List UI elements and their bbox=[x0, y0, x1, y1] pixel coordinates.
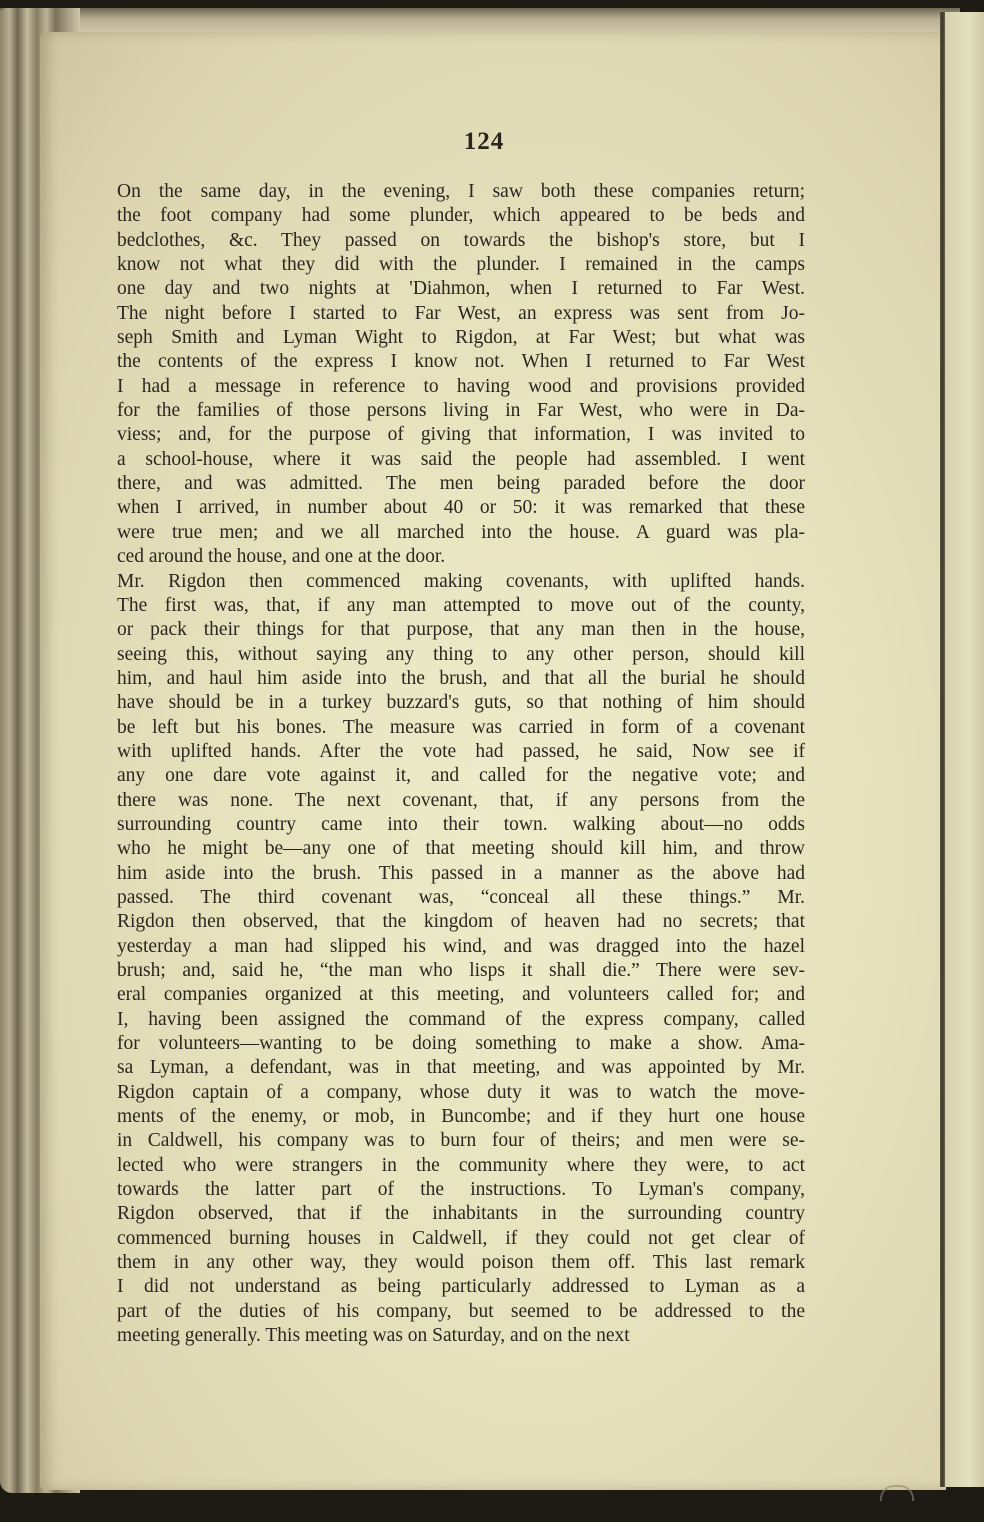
text-line: when I arrived, in number about 40 or 50… bbox=[117, 496, 805, 520]
text-line: for the families of those persons living… bbox=[117, 399, 805, 423]
text-line: in Caldwell, his company was to burn fou… bbox=[117, 1129, 805, 1153]
page-number: 124 bbox=[0, 128, 976, 156]
text-line: commenced burning houses in Caldwell, if… bbox=[117, 1227, 805, 1251]
text-line: or pack their things for that purpose, t… bbox=[117, 618, 805, 642]
text-line: a school-house, where it was said the pe… bbox=[117, 448, 805, 472]
text-line: ments of the enemy, or mob, in Buncombe;… bbox=[117, 1105, 805, 1129]
adjacent-page-edge bbox=[945, 12, 984, 1487]
page-corner-mark bbox=[880, 1485, 914, 1501]
text-line: Rigdon captain of a company, whose duty … bbox=[117, 1081, 805, 1105]
text-line: Mr. Rigdon then commenced making covenan… bbox=[117, 570, 805, 594]
text-line: Rigdon observed, that if the inhabitants… bbox=[117, 1202, 805, 1226]
text-line: any one dare vote against it, and called… bbox=[117, 764, 805, 788]
text-line: who he might be—any one of that meeting … bbox=[117, 837, 805, 861]
text-line: bedclothes, &c. They passed on towards t… bbox=[117, 229, 805, 253]
text-line: ced around the house, and one at the doo… bbox=[117, 545, 805, 569]
text-line: part of the duties of his company, but s… bbox=[117, 1300, 805, 1324]
text-line: one day and two nights at 'Diahmon, when… bbox=[117, 277, 805, 301]
text-line: them in any other way, they would poison… bbox=[117, 1251, 805, 1275]
text-line: lected who were strangers in the communi… bbox=[117, 1154, 805, 1178]
text-line: there, and was admitted. The men being p… bbox=[117, 472, 805, 496]
text-line: the foot company had some plunder, which… bbox=[117, 204, 805, 228]
text-line: Rigdon then observed, that the kingdom o… bbox=[117, 910, 805, 934]
text-line: passed. The third covenant was, “conceal… bbox=[117, 886, 805, 910]
text-line: I, having been assigned the command of t… bbox=[117, 1008, 805, 1032]
text-line: with uplifted hands. After the vote had … bbox=[117, 740, 805, 764]
text-line: meeting generally. This meeting was on S… bbox=[117, 1324, 805, 1348]
text-line: seph Smith and Lyman Wight to Rigdon, at… bbox=[117, 326, 805, 350]
text-line: the contents of the express I know not. … bbox=[117, 350, 805, 374]
text-line: brush; and, said he, “the man who lisps … bbox=[117, 959, 805, 983]
text-line: seeing this, without saying any thing to… bbox=[117, 643, 805, 667]
text-line: know not what they did with the plunder.… bbox=[117, 253, 805, 277]
text-line: I had a message in reference to having w… bbox=[117, 375, 805, 399]
text-line: eral companies organized at this meeting… bbox=[117, 983, 805, 1007]
text-line: The night before I started to Far West, … bbox=[117, 302, 805, 326]
body-text: On the same day, in the evening, I saw b… bbox=[117, 180, 805, 1349]
text-line: The first was, that, if any man attempte… bbox=[117, 594, 805, 618]
text-line: for volunteers—wanting to be doing somet… bbox=[117, 1032, 805, 1056]
text-line: were true men; and we all marched into t… bbox=[117, 521, 805, 545]
text-line: I did not understand as being particular… bbox=[117, 1275, 805, 1299]
text-line: On the same day, in the evening, I saw b… bbox=[117, 180, 805, 204]
text-line: yesterday a man had slipped his wind, an… bbox=[117, 935, 805, 959]
text-line: there was none. The next covenant, that,… bbox=[117, 789, 805, 813]
text-line: him aside into the brush. This passed in… bbox=[117, 862, 805, 886]
text-line: viess; and, for the purpose of giving th… bbox=[117, 423, 805, 447]
text-line: towards the latter part of the instructi… bbox=[117, 1178, 805, 1202]
text-line: surrounding country came into their town… bbox=[117, 813, 805, 837]
text-line: him, and haul him aside into the brush, … bbox=[117, 667, 805, 691]
text-line: be left but his bones. The measure was c… bbox=[117, 716, 805, 740]
text-line: have should be in a turkey buzzard's gut… bbox=[117, 691, 805, 715]
text-line: sa Lyman, a defendant, was in that meeti… bbox=[117, 1056, 805, 1080]
